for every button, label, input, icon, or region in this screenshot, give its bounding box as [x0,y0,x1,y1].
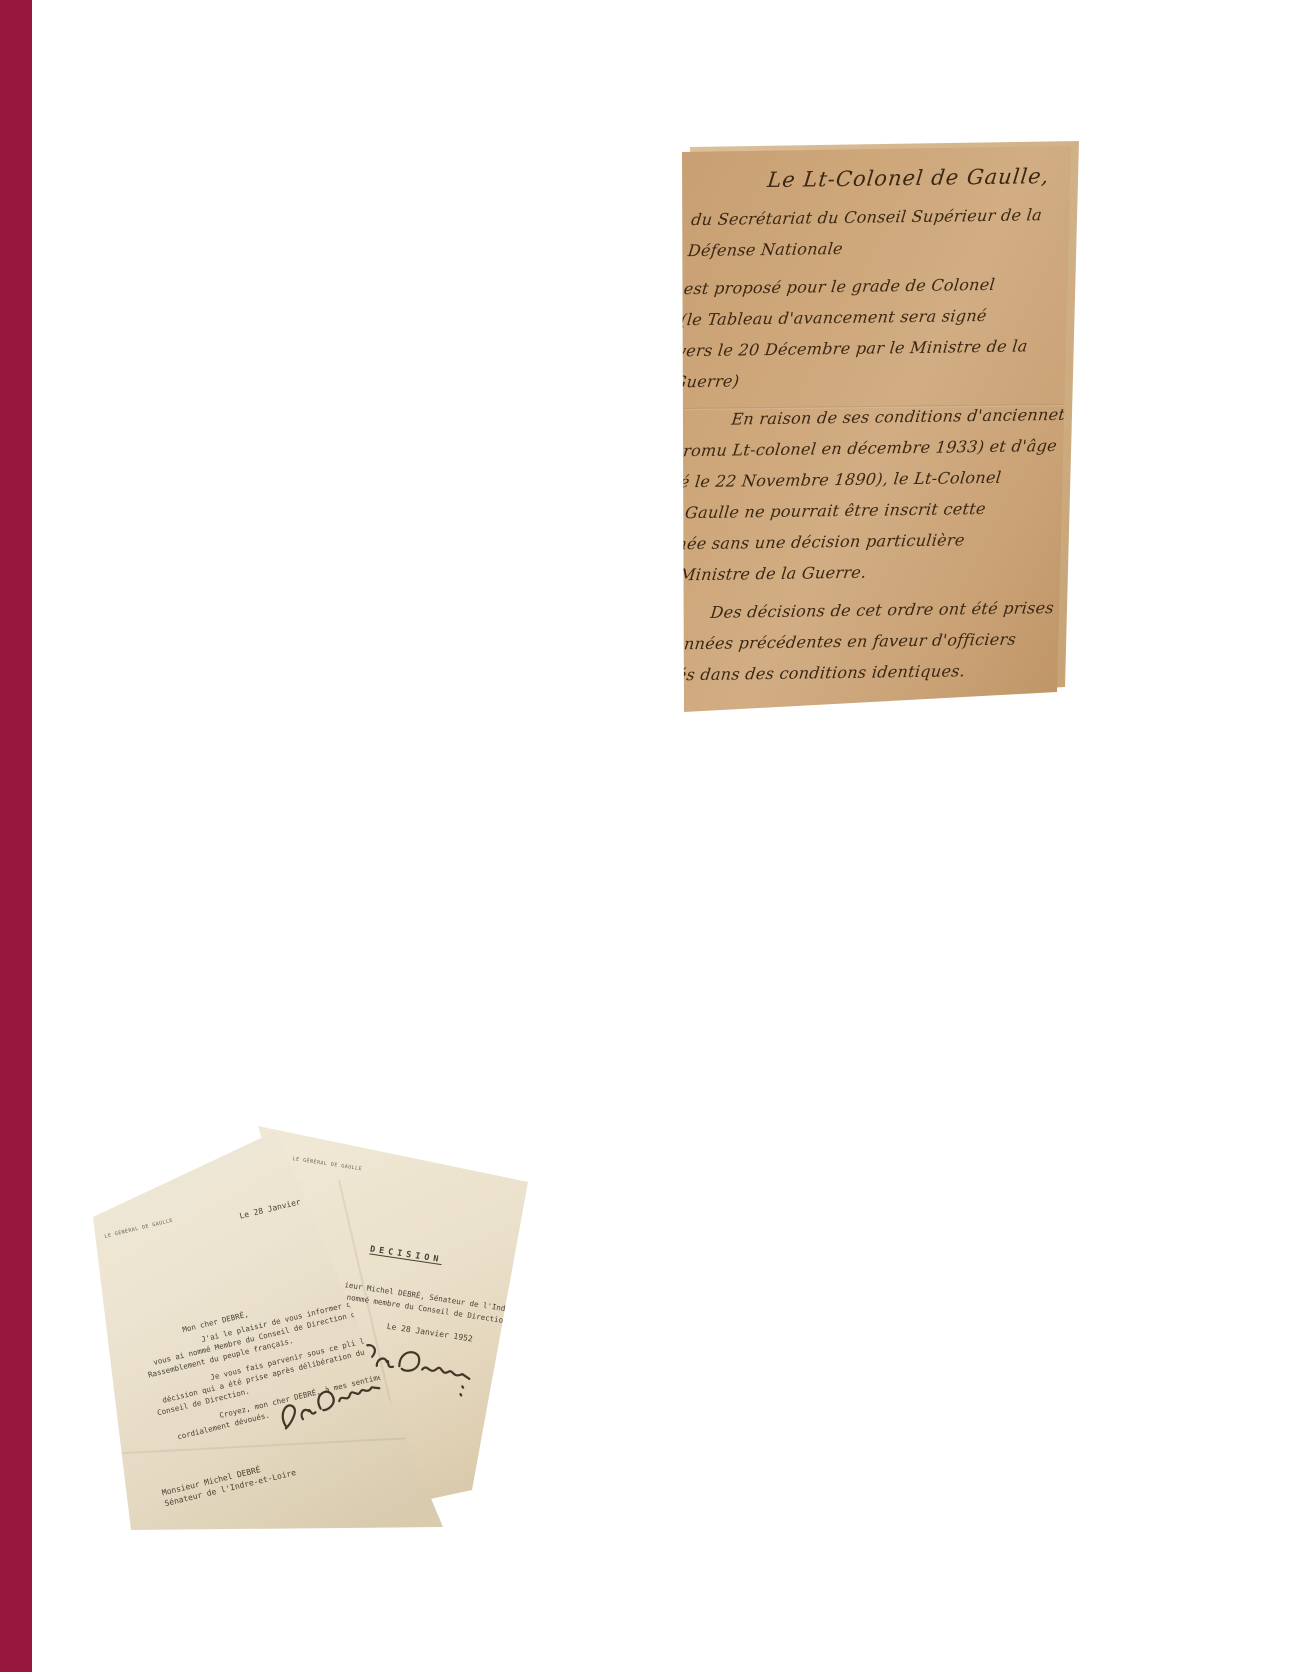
manuscript-line: vers le 20 Décembre par le Ministre de l… [675,330,1036,366]
manuscript-line: année sans une décision particulière [654,524,1015,560]
left-accent-bar [0,0,32,1672]
letterhead: LE GÉNÉRAL DE GAULLE [104,1218,174,1240]
catalog-page: Le Lt-Colonel de Gaulle, du Secrétariat … [0,0,1301,1672]
manuscript-line: placés dans des conditions identiques. [640,655,1001,691]
manuscript-photo: Le Lt-Colonel de Gaulle, du Secrétariat … [676,142,1076,716]
manuscript-line: Des décisions de cet ordre ont été prise… [647,593,1008,629]
manuscript-line: du Secrétariat du Conseil Supérieur de l… [690,199,1051,235]
manuscript-line: du Ministre de la Guerre. [651,555,1012,591]
manuscript-line: (le Tableau d'avancement sera signé [679,299,1040,335]
manuscript-line: les années précédentes en faveur d'offic… [643,624,1004,660]
manuscript-line: Le Lt-Colonel de Gaulle, [693,153,1056,204]
manuscript-text: Le Lt-Colonel de Gaulle, du Secrétariat … [640,153,1056,691]
manuscript-line: de Gaulle ne pourrait être inscrit cette [658,493,1019,529]
recipient-block: Monsieur Michel DEBRÉ Sénateur de l'Indr… [161,1456,297,1509]
manuscript-line: (né le 22 Novembre 1890), le Lt-Colonel [661,461,1022,497]
manuscript-line: est proposé pour le grade de Colonel [682,268,1043,304]
decision-title: DECISION [369,1244,443,1265]
manuscript-line: Défense Nationale [686,230,1047,266]
manuscript-line: Guerre) [672,361,1033,397]
letterhead: LE GÉNÉRAL DE GAULLE [292,1156,362,1172]
manuscript-line: En raison de ses conditions d'ancienneté [668,399,1029,435]
manuscript-line: (promu Lt-colonel en décembre 1933) et d… [664,430,1025,466]
